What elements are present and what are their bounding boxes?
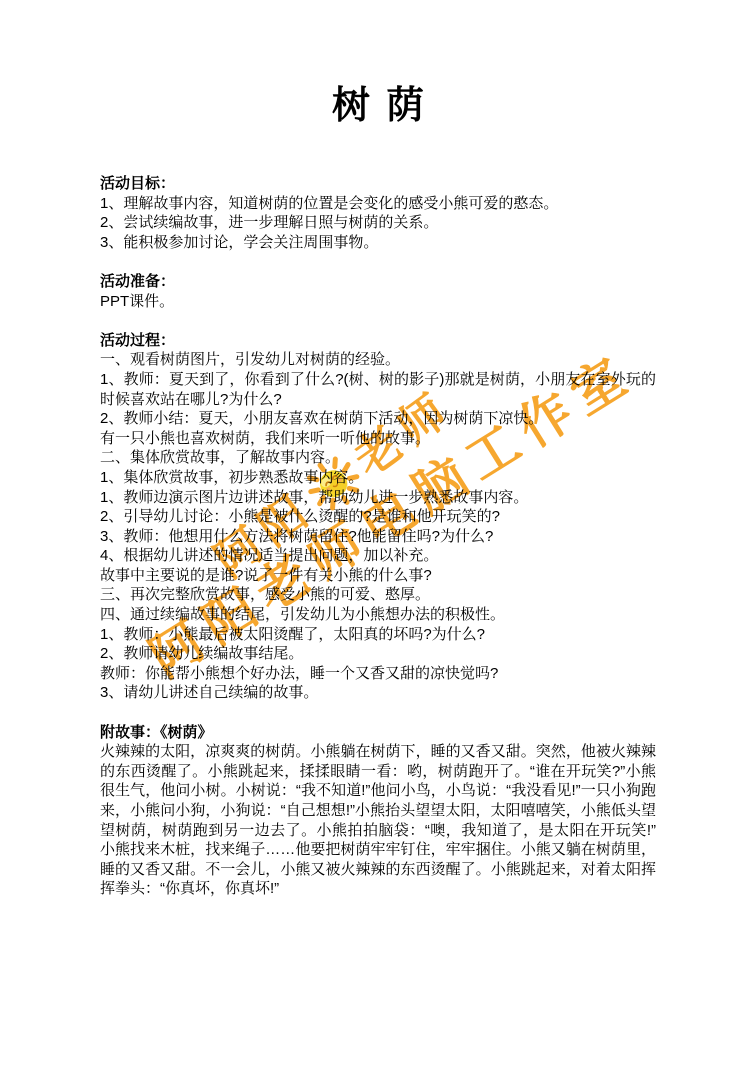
section: 活动准备：PPT课件。 [100,272,656,311]
section-heading: 活动目标： [100,174,656,194]
sections-container: 活动目标：1、理解故事内容，知道树荫的位置是会变化的感受小熊可爱的憨态。2、尝试… [100,174,656,899]
paragraph-line: 四、通过续编故事的结尾，引发幼儿为小熊想办法的积极性。 [100,605,656,625]
paragraph-line: 1、教师边演示图片边讲述故事，帮助幼儿进一步熟悉故事内容。 [100,488,656,508]
paragraph-line: 3、能积极参加讨论，学会关注周围事物。 [100,233,656,253]
paragraph-line: 有一只小熊也喜欢树荫，我们来听一听他的故事。 [100,429,656,449]
document-page: 阿阳老师电脑工作室 阿阳 [0,0,753,1065]
section: 附故事：《树荫》火辣辣的太阳，凉爽爽的树荫。小熊躺在树荫下，睡的又香又甜。突然，… [100,723,656,899]
section-heading: 附故事：《树荫》 [100,723,656,743]
section-heading: 活动准备： [100,272,656,292]
paragraph-line: 2、尝试续编故事，进一步理解日照与树荫的关系。 [100,213,656,233]
paragraph-line: 三、再次完整欣赏故事，感受小熊的可爱、憨厚。 [100,585,656,605]
section: 活动目标：1、理解故事内容，知道树荫的位置是会变化的感受小熊可爱的憨态。2、尝试… [100,174,656,252]
paragraph-line: 故事中主要说的是谁?说了一件有关小熊的什么事? [100,566,656,586]
document-title: 树荫 [100,0,656,126]
document-content: 树荫 活动目标：1、理解故事内容，知道树荫的位置是会变化的感受小熊可爱的憨态。2… [100,0,656,899]
paragraph-line: 一、观看树荫图片，引发幼儿对树荫的经验。 [100,350,656,370]
paragraph-line: 4、根据幼儿讲述的情况适当提出问题，加以补充。 [100,546,656,566]
paragraph-line: 二、集体欣赏故事，了解故事内容。 [100,448,656,468]
paragraph-line: 1、理解故事内容，知道树荫的位置是会变化的感受小熊可爱的憨态。 [100,194,656,214]
paragraph-line: 2、引导幼儿讨论：小熊是被什么烫醒的?是谁和他开玩笑的? [100,507,656,527]
paragraph-line: 教师：你能帮小熊想个好办法，睡一个又香又甜的凉快觉吗? [100,664,656,684]
paragraph-line: 1、教师：夏天到了，你看到了什么?(树、树的影子)那就是树荫，小朋友在室外玩的时… [100,370,656,409]
paragraph-line: 2、教师小结：夏天，小朋友喜欢在树荫下活动，因为树荫下凉快。 [100,409,656,429]
paragraph-line: 3、请幼儿讲述自己续编的故事。 [100,683,656,703]
section: 活动过程：一、观看树荫图片，引发幼儿对树荫的经验。1、教师：夏天到了，你看到了什… [100,331,656,703]
paragraph-line: 2、教师请幼儿续编故事结尾。 [100,644,656,664]
paragraph-line: PPT课件。 [100,292,656,312]
paragraph-line: 3、教师：他想用什么方法将树荫留住?他能留住吗?为什么? [100,527,656,547]
paragraph-line: 火辣辣的太阳，凉爽爽的树荫。小熊躺在树荫下，睡的又香又甜。突然，他被火辣辣的东西… [100,742,656,899]
section-heading: 活动过程： [100,331,656,351]
paragraph-line: 1、集体欣赏故事，初步熟悉故事内容。 [100,468,656,488]
paragraph-line: 1、教师：小熊最后被太阳烫醒了，太阳真的坏吗?为什么? [100,625,656,645]
